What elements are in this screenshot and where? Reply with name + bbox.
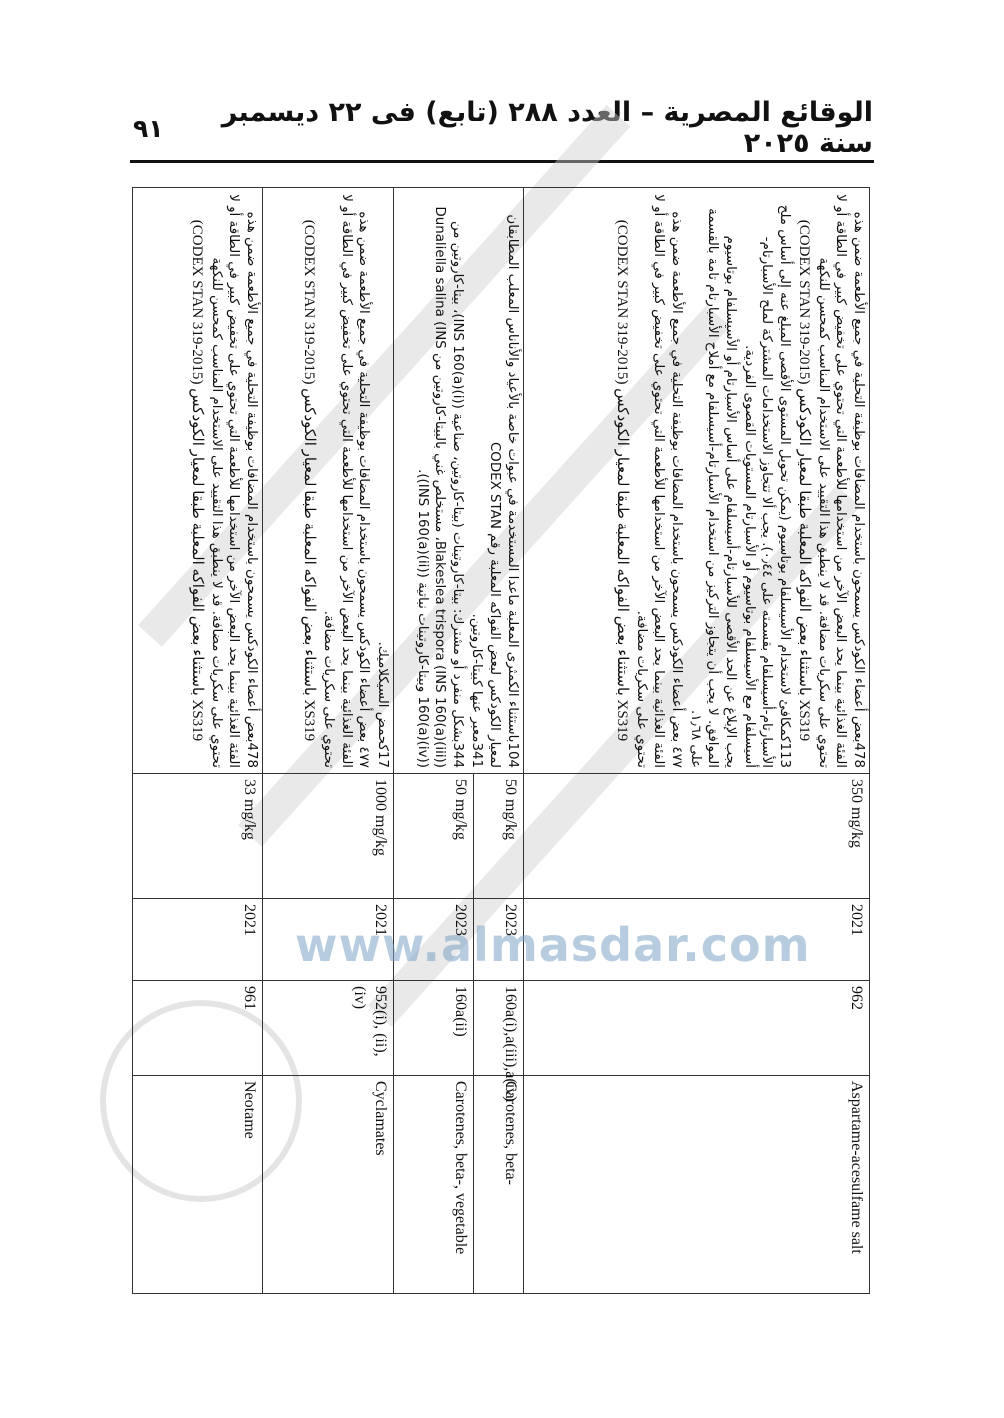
note-codex: XS319 باستثناء بعض الفواكه المعلبة طبقا …	[611, 193, 631, 768]
notes-cell: 478بعض أعضاء الكودكس يسمحون باستخدام الم…	[524, 188, 870, 774]
notes-cell: 17كحمض السيكلاميك. ٤٧٧ بعض أعضاء الكودكس…	[263, 188, 394, 774]
gazette-title: الوقائع المصرية – العدد ٢٨٨ (تابع) فى ٢٢…	[164, 97, 873, 159]
note: 478بعض أعضاء الكودكس يسمحون باستخدام الم…	[207, 193, 260, 768]
ins-number: 962	[524, 981, 870, 1076]
note: ٤٧٧ بعض أعضاء الكودكس يسمحون باستخدام ال…	[632, 193, 685, 768]
max-level: 50 mg/kg	[394, 774, 474, 899]
ins-number: 160a(ii)	[394, 981, 474, 1076]
note: يجب الإبلاغ عن الحد الأقصى للأسبارتام-أس…	[686, 193, 739, 768]
note-codex: XS319 باستثناء بعض الفواكه المعلبة طبقا …	[298, 193, 318, 768]
page-header: الوقائع المصرية – العدد ٢٨٨ (تابع) فى ٢٢…	[133, 108, 873, 148]
max-level: 350 mg/kg	[524, 774, 870, 899]
year-adopted: 2021	[263, 899, 394, 981]
additive-name: Carotenes, beta-, vegetable	[394, 1076, 474, 1294]
max-level: 50 mg/kg	[474, 774, 524, 899]
table-row: Neotame 961 2021 33 mg/kg 478بعض أعضاء ا…	[133, 188, 263, 1294]
note: 344بشكل منفرد أو مشترك: بيتا-كاروتينات (…	[413, 193, 466, 768]
note: 113كمكافئ لاستخدام الأسيسلفام بوتاسيوم (…	[740, 193, 793, 768]
ins-number: 160a(i),a(iii),a(iv)	[474, 981, 524, 1076]
year-adopted: 2023	[394, 899, 474, 981]
notes-cell: 104باستثناء الكمثرى المعلبة ماعدا المستخ…	[394, 188, 524, 774]
note-codex: XS319 باستثناء بعض الفواكه المعلبة طبقا …	[186, 193, 206, 768]
table-row: Cyclamates 952(i), (ii), (iv) 2021 1000 …	[263, 188, 394, 1294]
table-row: Carotenes, beta- 160a(i),a(iii),a(iv) 20…	[474, 188, 524, 1294]
ins-number: 961	[133, 981, 263, 1076]
additives-table-wrapper: Aspartame-acesulfame salt 962 2021 350 m…	[133, 187, 870, 1293]
note: 478بعض أعضاء الكودكس يسمحون باستخدام الم…	[814, 193, 867, 768]
food-additives-table: Aspartame-acesulfame salt 962 2021 350 m…	[132, 187, 870, 1294]
year-adopted: 2023	[474, 899, 524, 981]
year-adopted: 2021	[133, 899, 263, 981]
year-adopted: 2021	[524, 899, 870, 981]
additive-name: Aspartame-acesulfame salt	[524, 1076, 870, 1294]
page-number: ٩١	[133, 114, 164, 143]
note: ٤٧٧ بعض أعضاء الكودكس يسمحون باستخدام ال…	[319, 193, 372, 768]
max-level: 33 mg/kg	[133, 774, 263, 899]
note-codex: XS319 باستثناء بعض الفواكه المعلبة طبقا …	[793, 193, 813, 768]
header-rule	[130, 160, 874, 163]
max-level: 1000 mg/kg	[263, 774, 394, 899]
notes-cell: 478بعض أعضاء الكودكس يسمحون باستخدام الم…	[133, 188, 263, 774]
additive-name: Carotenes, beta-	[474, 1076, 524, 1294]
note: 17كحمض السيكلاميك.	[373, 193, 391, 768]
additive-name: Cyclamates	[263, 1076, 394, 1294]
note: 341معبر عنها كبيتا-كاروتين.	[467, 193, 485, 768]
note: 104باستثناء الكمثرى المعلبة ماعدا المستخ…	[486, 193, 521, 768]
additive-name: Neotame	[133, 1076, 263, 1294]
table-row: Aspartame-acesulfame salt 962 2021 350 m…	[524, 188, 870, 1294]
ins-number: 952(i), (ii), (iv)	[263, 981, 394, 1076]
